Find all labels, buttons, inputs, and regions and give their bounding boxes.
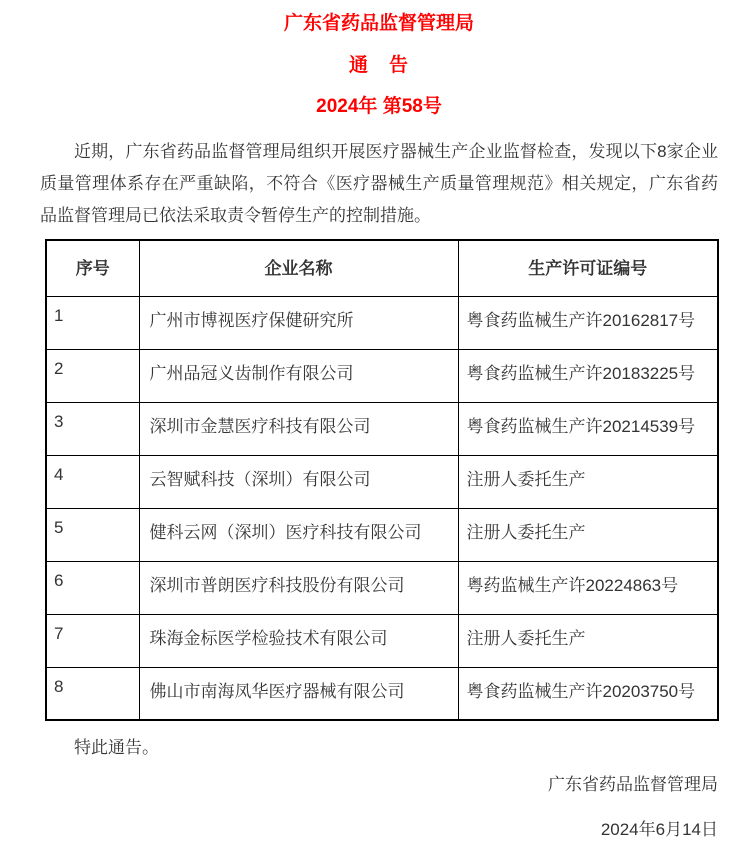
closing-statement: 特此通告。 xyxy=(40,738,718,758)
header-license: 生产许可证编号 xyxy=(458,240,718,296)
serial-cell: 7 xyxy=(46,614,139,667)
table-row: 4云智赋科技（深圳）有限公司注册人委托生产 xyxy=(46,455,718,508)
license-cell: 粤食药监械生产许20183225号 xyxy=(458,349,718,402)
company-cell: 珠海金标医学检验技术有限公司 xyxy=(139,614,458,667)
serial-cell: 3 xyxy=(46,402,139,455)
notice-document: 广东省药品监督管理局 通 告 2024年 第58号 近期，广东省药品监督管理局组… xyxy=(0,0,748,840)
table-row: 6深圳市普朗医疗科技股份有限公司粤药监械生产许20224863号 xyxy=(46,561,718,614)
doc-type-title: 通 告 xyxy=(40,56,718,76)
serial-cell: 1 xyxy=(46,296,139,349)
table-row: 3深圳市金慧医疗科技有限公司粤食药监械生产许20214539号 xyxy=(46,402,718,455)
company-cell: 广州市博视医疗保健研究所 xyxy=(139,296,458,349)
doc-number: 2024年 第58号 xyxy=(40,97,718,117)
license-cell: 粤药监械生产许20224863号 xyxy=(458,561,718,614)
company-cell: 广州品冠义齿制作有限公司 xyxy=(139,349,458,402)
license-cell: 注册人委托生产 xyxy=(458,614,718,667)
header-serial: 序号 xyxy=(46,240,139,296)
license-cell: 粤食药监械生产许20203750号 xyxy=(458,667,718,720)
company-cell: 深圳市普朗医疗科技股份有限公司 xyxy=(139,561,458,614)
company-cell: 云智赋科技（深圳）有限公司 xyxy=(139,455,458,508)
company-cell: 深圳市金慧医疗科技有限公司 xyxy=(139,402,458,455)
company-cell: 健科云网（深圳）医疗科技有限公司 xyxy=(139,508,458,561)
serial-cell: 2 xyxy=(46,349,139,402)
license-cell: 粤食药监械生产许20214539号 xyxy=(458,402,718,455)
serial-cell: 4 xyxy=(46,455,139,508)
header-company: 企业名称 xyxy=(139,240,458,296)
license-cell: 注册人委托生产 xyxy=(458,508,718,561)
table-row: 7珠海金标医学检验技术有限公司注册人委托生产 xyxy=(46,614,718,667)
intro-paragraph: 近期，广东省药品监督管理局组织开展医疗器械生产企业监督检查，发现以下8家企业质量… xyxy=(40,136,718,232)
signature-org: 广东省药品监督管理局 xyxy=(40,775,718,795)
enterprise-table: 序号 企业名称 生产许可证编号 1广州市博视医疗保健研究所粤食药监械生产许201… xyxy=(45,239,719,721)
serial-cell: 8 xyxy=(46,667,139,720)
table-row: 8佛山市南海凤华医疗器械有限公司粤食药监械生产许20203750号 xyxy=(46,667,718,720)
company-cell: 佛山市南海凤华医疗器械有限公司 xyxy=(139,667,458,720)
table-row: 5健科云网（深圳）医疗科技有限公司注册人委托生产 xyxy=(46,508,718,561)
table-header-row: 序号 企业名称 生产许可证编号 xyxy=(46,240,718,296)
serial-cell: 6 xyxy=(46,561,139,614)
notice-table-body: 1广州市博视医疗保健研究所粤食药监械生产许20162817号2广州品冠义齿制作有… xyxy=(46,296,718,720)
signature-date: 2024年6月14日 xyxy=(40,820,718,840)
table-row: 1广州市博视医疗保健研究所粤食药监械生产许20162817号 xyxy=(46,296,718,349)
org-title: 广东省药品监督管理局 xyxy=(40,14,718,34)
license-cell: 注册人委托生产 xyxy=(458,455,718,508)
table-row: 2广州品冠义齿制作有限公司粤食药监械生产许20183225号 xyxy=(46,349,718,402)
serial-cell: 5 xyxy=(46,508,139,561)
license-cell: 粤食药监械生产许20162817号 xyxy=(458,296,718,349)
